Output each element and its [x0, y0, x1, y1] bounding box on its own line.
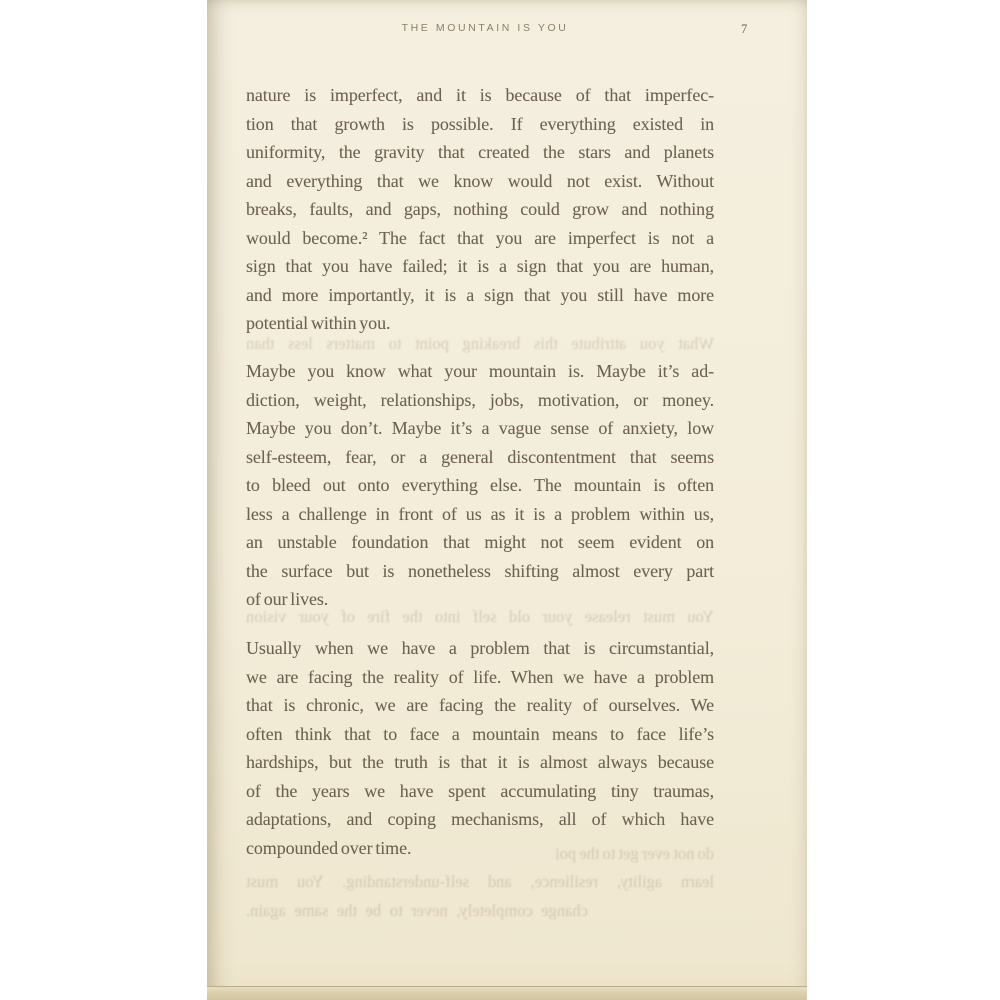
text-line: potential within you. — [246, 309, 714, 338]
paragraph-3: Usually when we have a problem that is c… — [246, 634, 714, 862]
text-line: and more importantly, it is a sign that … — [246, 281, 714, 310]
book-page: THE MOUNTAIN IS YOU 7 nature is imperfec… — [207, 0, 807, 1000]
text-line: would become.² The fact that you are imp… — [246, 224, 714, 253]
bleedthrough-line: change completely, never to be the same … — [246, 900, 588, 924]
text-line: of the years we have spent accumulating … — [246, 777, 714, 806]
text-line: an unstable foundation that might not se… — [246, 528, 714, 557]
text-line: adaptations, and coping mechanisms, all … — [246, 805, 714, 834]
text-line: hardships, but the truth is that it is a… — [246, 748, 714, 777]
text-line: that is chronic, we are facing the reali… — [246, 691, 714, 720]
text-line: compounded over time. — [246, 834, 714, 863]
book-photo: THE MOUNTAIN IS YOU 7 nature is imperfec… — [0, 0, 1000, 1000]
text-line: of our lives. — [246, 585, 714, 614]
text-line: to bleed out onto everything else. The m… — [246, 471, 714, 500]
text-line: sign that you have failed; it is a sign … — [246, 252, 714, 281]
text-line: nature is imperfect, and it is because o… — [246, 81, 714, 110]
text-line: tion that growth is possible. If everyth… — [246, 110, 714, 139]
text-line: uniformity, the gravity that created the… — [246, 138, 714, 167]
text-line: self-esteem, fear, or a general disconte… — [246, 443, 714, 472]
text-line: diction, weight, relationships, jobs, mo… — [246, 386, 714, 415]
bleedthrough-line: learn agility, resilience, and self-unde… — [246, 871, 714, 895]
running-header: THE MOUNTAIN IS YOU 7 — [207, 22, 807, 38]
running-header-title: THE MOUNTAIN IS YOU — [402, 22, 569, 34]
paragraph-1: nature is imperfect, and it is because o… — [246, 81, 714, 338]
text-line: Usually when we have a problem that is c… — [246, 634, 714, 663]
text-line: the surface but is nonetheless shifting … — [246, 557, 714, 586]
text-line: breaks, faults, and gaps, nothing could … — [246, 195, 714, 224]
text-line: often think that to face a mountain mean… — [246, 720, 714, 749]
page-number: 7 — [741, 22, 747, 37]
page-bottom-edge — [207, 986, 807, 1000]
text-line: Maybe you know what your mountain is. Ma… — [246, 357, 714, 386]
text-line: Maybe you don’t. Maybe it’s a vague sens… — [246, 414, 714, 443]
text-line: less a challenge in front of us as it is… — [246, 500, 714, 529]
text-line: we are facing the reality of life. When … — [246, 663, 714, 692]
paragraph-2: Maybe you know what your mountain is. Ma… — [246, 357, 714, 614]
text-line: and everything that we know would not ex… — [246, 167, 714, 196]
